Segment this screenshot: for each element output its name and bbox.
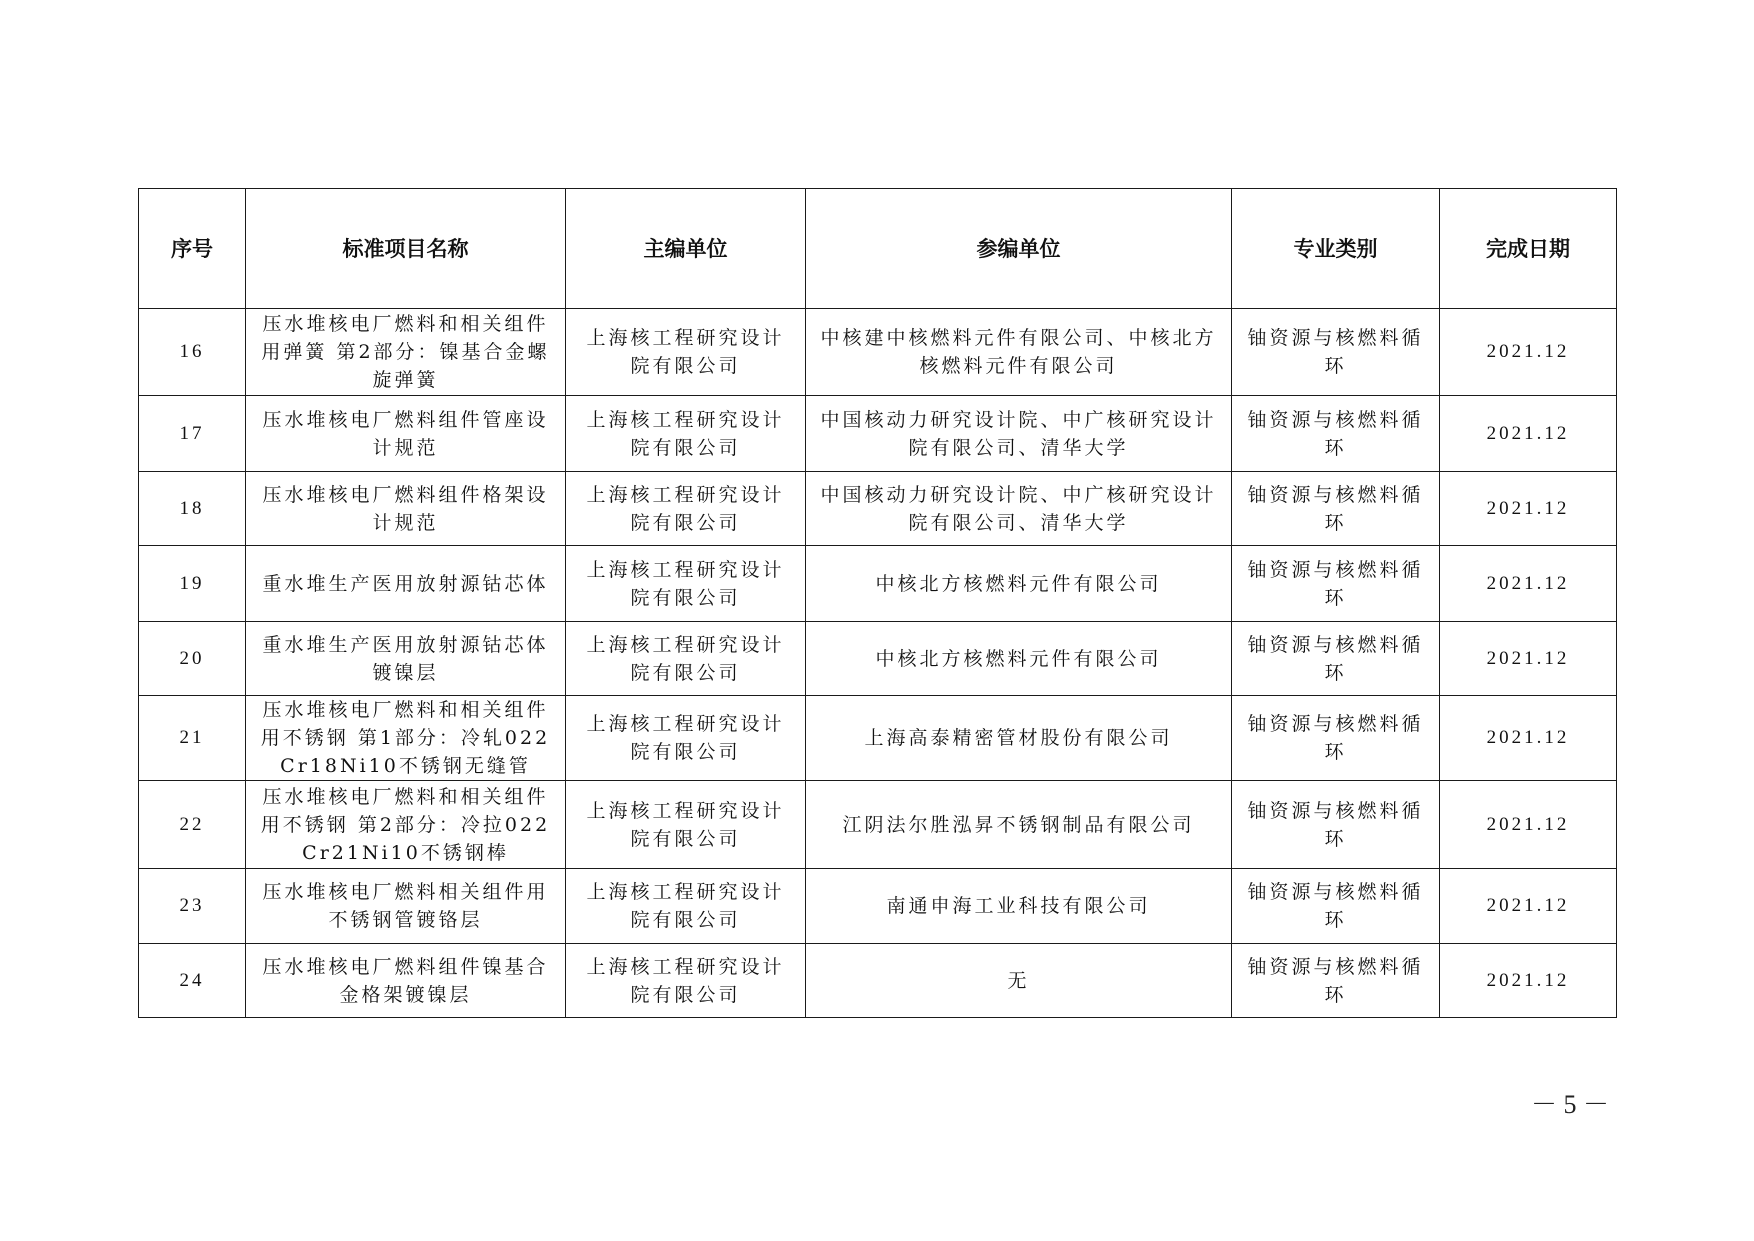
cell-category: 铀资源与核燃料循环 (1232, 869, 1440, 944)
cell-category: 铀资源与核燃料循环 (1232, 396, 1440, 472)
cell-completion-date: 2021.12 (1440, 944, 1617, 1018)
cell-standard-name: 压水堆核电厂燃料相关组件用不锈钢管镀铬层 (246, 869, 566, 944)
cell-serial-number: 20 (139, 622, 246, 696)
cell-lead-unit: 上海核工程研究设计院有限公司 (566, 622, 806, 696)
header-completion-date: 完成日期 (1440, 189, 1617, 309)
cell-standard-name: 压水堆核电厂燃料组件格架设计规范 (246, 472, 566, 546)
cell-serial-number: 16 (139, 309, 246, 396)
cell-completion-date: 2021.12 (1440, 869, 1617, 944)
cell-standard-name: 压水堆核电厂燃料组件镍基合金格架镀镍层 (246, 944, 566, 1018)
cell-serial-number: 17 (139, 396, 246, 472)
cell-standard-name: 重水堆生产医用放射源钴芯体 (246, 546, 566, 622)
cell-lead-unit: 上海核工程研究设计院有限公司 (566, 781, 806, 869)
table-row: 16 压水堆核电厂燃料和相关组件用弹簧 第2部分：镍基合金螺旋弹簧 上海核工程研… (139, 309, 1617, 396)
table-row: 23 压水堆核电厂燃料相关组件用不锈钢管镀铬层 上海核工程研究设计院有限公司 南… (139, 869, 1617, 944)
page-number: － 5 － (1530, 1084, 1610, 1121)
cell-standard-name: 重水堆生产医用放射源钴芯体镀镍层 (246, 622, 566, 696)
cell-standard-name: 压水堆核电厂燃料和相关组件用弹簧 第2部分：镍基合金螺旋弹簧 (246, 309, 566, 396)
cell-lead-unit: 上海核工程研究设计院有限公司 (566, 696, 806, 781)
cell-completion-date: 2021.12 (1440, 396, 1617, 472)
cell-serial-number: 19 (139, 546, 246, 622)
header-participating-units: 参编单位 (806, 189, 1232, 309)
cell-participating-units: 南通申海工业科技有限公司 (806, 869, 1232, 944)
cell-serial-number: 23 (139, 869, 246, 944)
cell-serial-number: 22 (139, 781, 246, 869)
header-lead-unit: 主编单位 (566, 189, 806, 309)
cell-category: 铀资源与核燃料循环 (1232, 944, 1440, 1018)
cell-lead-unit: 上海核工程研究设计院有限公司 (566, 944, 806, 1018)
standards-table: 序号 标准项目名称 主编单位 参编单位 专业类别 完成日期 16 压水堆核电厂燃… (138, 188, 1617, 1018)
cell-participating-units: 中核建中核燃料元件有限公司、中核北方核燃料元件有限公司 (806, 309, 1232, 396)
table-row: 21 压水堆核电厂燃料和相关组件用不锈钢 第1部分：冷轧022Cr18Ni10不… (139, 696, 1617, 781)
cell-standard-name: 压水堆核电厂燃料和相关组件用不锈钢 第2部分：冷拉022Cr21Ni10不锈钢棒 (246, 781, 566, 869)
cell-participating-units: 中核北方核燃料元件有限公司 (806, 622, 1232, 696)
cell-completion-date: 2021.12 (1440, 696, 1617, 781)
cell-completion-date: 2021.12 (1440, 472, 1617, 546)
cell-lead-unit: 上海核工程研究设计院有限公司 (566, 309, 806, 396)
cell-participating-units: 中国核动力研究设计院、中广核研究设计院有限公司、清华大学 (806, 472, 1232, 546)
header-standard-name: 标准项目名称 (246, 189, 566, 309)
table-row: 20 重水堆生产医用放射源钴芯体镀镍层 上海核工程研究设计院有限公司 中核北方核… (139, 622, 1617, 696)
cell-category: 铀资源与核燃料循环 (1232, 309, 1440, 396)
cell-lead-unit: 上海核工程研究设计院有限公司 (566, 472, 806, 546)
cell-participating-units: 上海高泰精密管材股份有限公司 (806, 696, 1232, 781)
cell-participating-units: 江阴法尔胜泓昇不锈钢制品有限公司 (806, 781, 1232, 869)
cell-serial-number: 24 (139, 944, 246, 1018)
cell-category: 铀资源与核燃料循环 (1232, 622, 1440, 696)
cell-standard-name: 压水堆核电厂燃料和相关组件用不锈钢 第1部分：冷轧022Cr18Ni10不锈钢无… (246, 696, 566, 781)
cell-participating-units: 中核北方核燃料元件有限公司 (806, 546, 1232, 622)
cell-serial-number: 21 (139, 696, 246, 781)
table-row: 17 压水堆核电厂燃料组件管座设计规范 上海核工程研究设计院有限公司 中国核动力… (139, 396, 1617, 472)
header-serial-number: 序号 (139, 189, 246, 309)
cell-completion-date: 2021.12 (1440, 309, 1617, 396)
cell-lead-unit: 上海核工程研究设计院有限公司 (566, 546, 806, 622)
table-row: 24 压水堆核电厂燃料组件镍基合金格架镀镍层 上海核工程研究设计院有限公司 无 … (139, 944, 1617, 1018)
cell-completion-date: 2021.12 (1440, 781, 1617, 869)
table-header-row: 序号 标准项目名称 主编单位 参编单位 专业类别 完成日期 (139, 189, 1617, 309)
document-page: 序号 标准项目名称 主编单位 参编单位 专业类别 完成日期 16 压水堆核电厂燃… (0, 0, 1754, 1241)
cell-category: 铀资源与核燃料循环 (1232, 546, 1440, 622)
cell-participating-units: 无 (806, 944, 1232, 1018)
header-category: 专业类别 (1232, 189, 1440, 309)
cell-category: 铀资源与核燃料循环 (1232, 781, 1440, 869)
cell-serial-number: 18 (139, 472, 246, 546)
table-row: 18 压水堆核电厂燃料组件格架设计规范 上海核工程研究设计院有限公司 中国核动力… (139, 472, 1617, 546)
cell-category: 铀资源与核燃料循环 (1232, 696, 1440, 781)
table-row: 19 重水堆生产医用放射源钴芯体 上海核工程研究设计院有限公司 中核北方核燃料元… (139, 546, 1617, 622)
cell-category: 铀资源与核燃料循环 (1232, 472, 1440, 546)
cell-completion-date: 2021.12 (1440, 546, 1617, 622)
table-row: 22 压水堆核电厂燃料和相关组件用不锈钢 第2部分：冷拉022Cr21Ni10不… (139, 781, 1617, 869)
cell-standard-name: 压水堆核电厂燃料组件管座设计规范 (246, 396, 566, 472)
cell-completion-date: 2021.12 (1440, 622, 1617, 696)
cell-lead-unit: 上海核工程研究设计院有限公司 (566, 396, 806, 472)
cell-lead-unit: 上海核工程研究设计院有限公司 (566, 869, 806, 944)
cell-participating-units: 中国核动力研究设计院、中广核研究设计院有限公司、清华大学 (806, 396, 1232, 472)
